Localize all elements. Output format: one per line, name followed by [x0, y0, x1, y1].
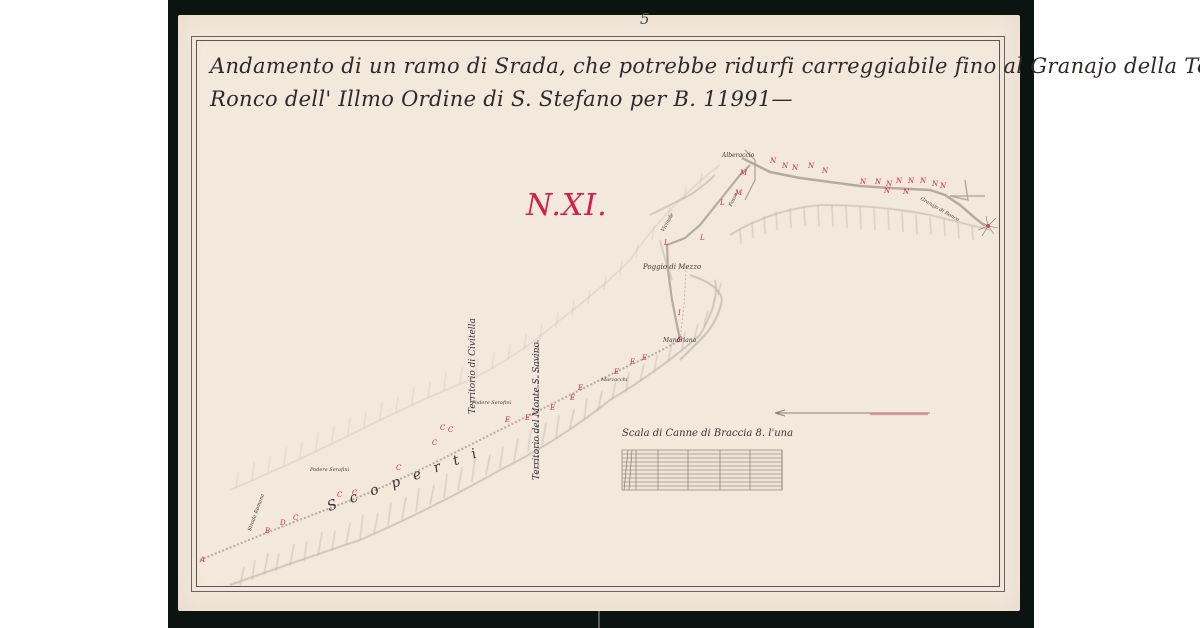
svg-text:A: A	[199, 556, 205, 564]
svg-text:I: I	[677, 309, 681, 317]
hill-hatching	[230, 165, 990, 585]
main-road	[200, 150, 985, 560]
svg-text:E: E	[577, 384, 583, 392]
svg-text:N: N	[821, 167, 829, 175]
svg-text:L: L	[663, 239, 669, 247]
svg-text:N: N	[874, 178, 882, 186]
svg-text:M: M	[739, 169, 748, 177]
svg-text:C: C	[396, 464, 402, 472]
label-podere-1: Podere Serafini	[472, 400, 511, 406]
scale-title: Scala di Canne di Braccia 8. l'una	[622, 428, 793, 439]
svg-text:N: N	[919, 177, 927, 185]
svg-text:E: E	[549, 404, 555, 412]
granary-symbol	[978, 216, 998, 236]
svg-text:C: C	[293, 514, 299, 522]
svg-text:N: N	[791, 164, 799, 172]
map-drawing: NNN NN NNN NNN NN NN MM LL LI G EEE EE E…	[0, 0, 1200, 628]
label-marzocchi: Marzocchi	[601, 377, 628, 383]
svg-text:B: B	[264, 527, 270, 535]
svg-text:N: N	[859, 178, 867, 186]
svg-text:E: E	[524, 414, 530, 422]
svg-text:E: E	[504, 416, 510, 424]
label-territorio-monte: Territorio del Monte S. Savino	[532, 342, 542, 480]
road-markers: NNN NN NNN NNN NN NN MM LL LI G EEE EE E…	[199, 157, 947, 564]
svg-text:E: E	[613, 368, 619, 376]
svg-text:N: N	[769, 157, 777, 165]
svg-text:C: C	[448, 426, 454, 434]
svg-text:N: N	[907, 177, 915, 185]
svg-text:N: N	[781, 162, 789, 170]
svg-text:E: E	[641, 354, 647, 362]
svg-text:L: L	[699, 234, 705, 242]
svg-text:N: N	[931, 180, 939, 188]
svg-text:N: N	[807, 162, 815, 170]
svg-text:N: N	[902, 188, 910, 196]
north-arrow	[775, 410, 930, 416]
svg-text:N: N	[883, 187, 891, 195]
svg-text:E: E	[569, 394, 575, 402]
svg-text:D: D	[279, 519, 286, 527]
scale-bar	[622, 450, 782, 490]
svg-text:C: C	[432, 439, 438, 447]
label-podere-2: Podere Serafini	[310, 467, 349, 473]
svg-text:N: N	[895, 177, 903, 185]
svg-text:C: C	[440, 424, 446, 432]
svg-text:L: L	[719, 199, 725, 207]
binding-gap	[598, 611, 600, 628]
svg-text:N: N	[939, 182, 947, 190]
label-mandriana: Mandriana	[663, 337, 696, 344]
label-alberaccio: Alberaccio	[722, 152, 754, 159]
label-poggio: Poggio di Mezzo	[643, 263, 701, 271]
svg-text:E: E	[629, 358, 635, 366]
